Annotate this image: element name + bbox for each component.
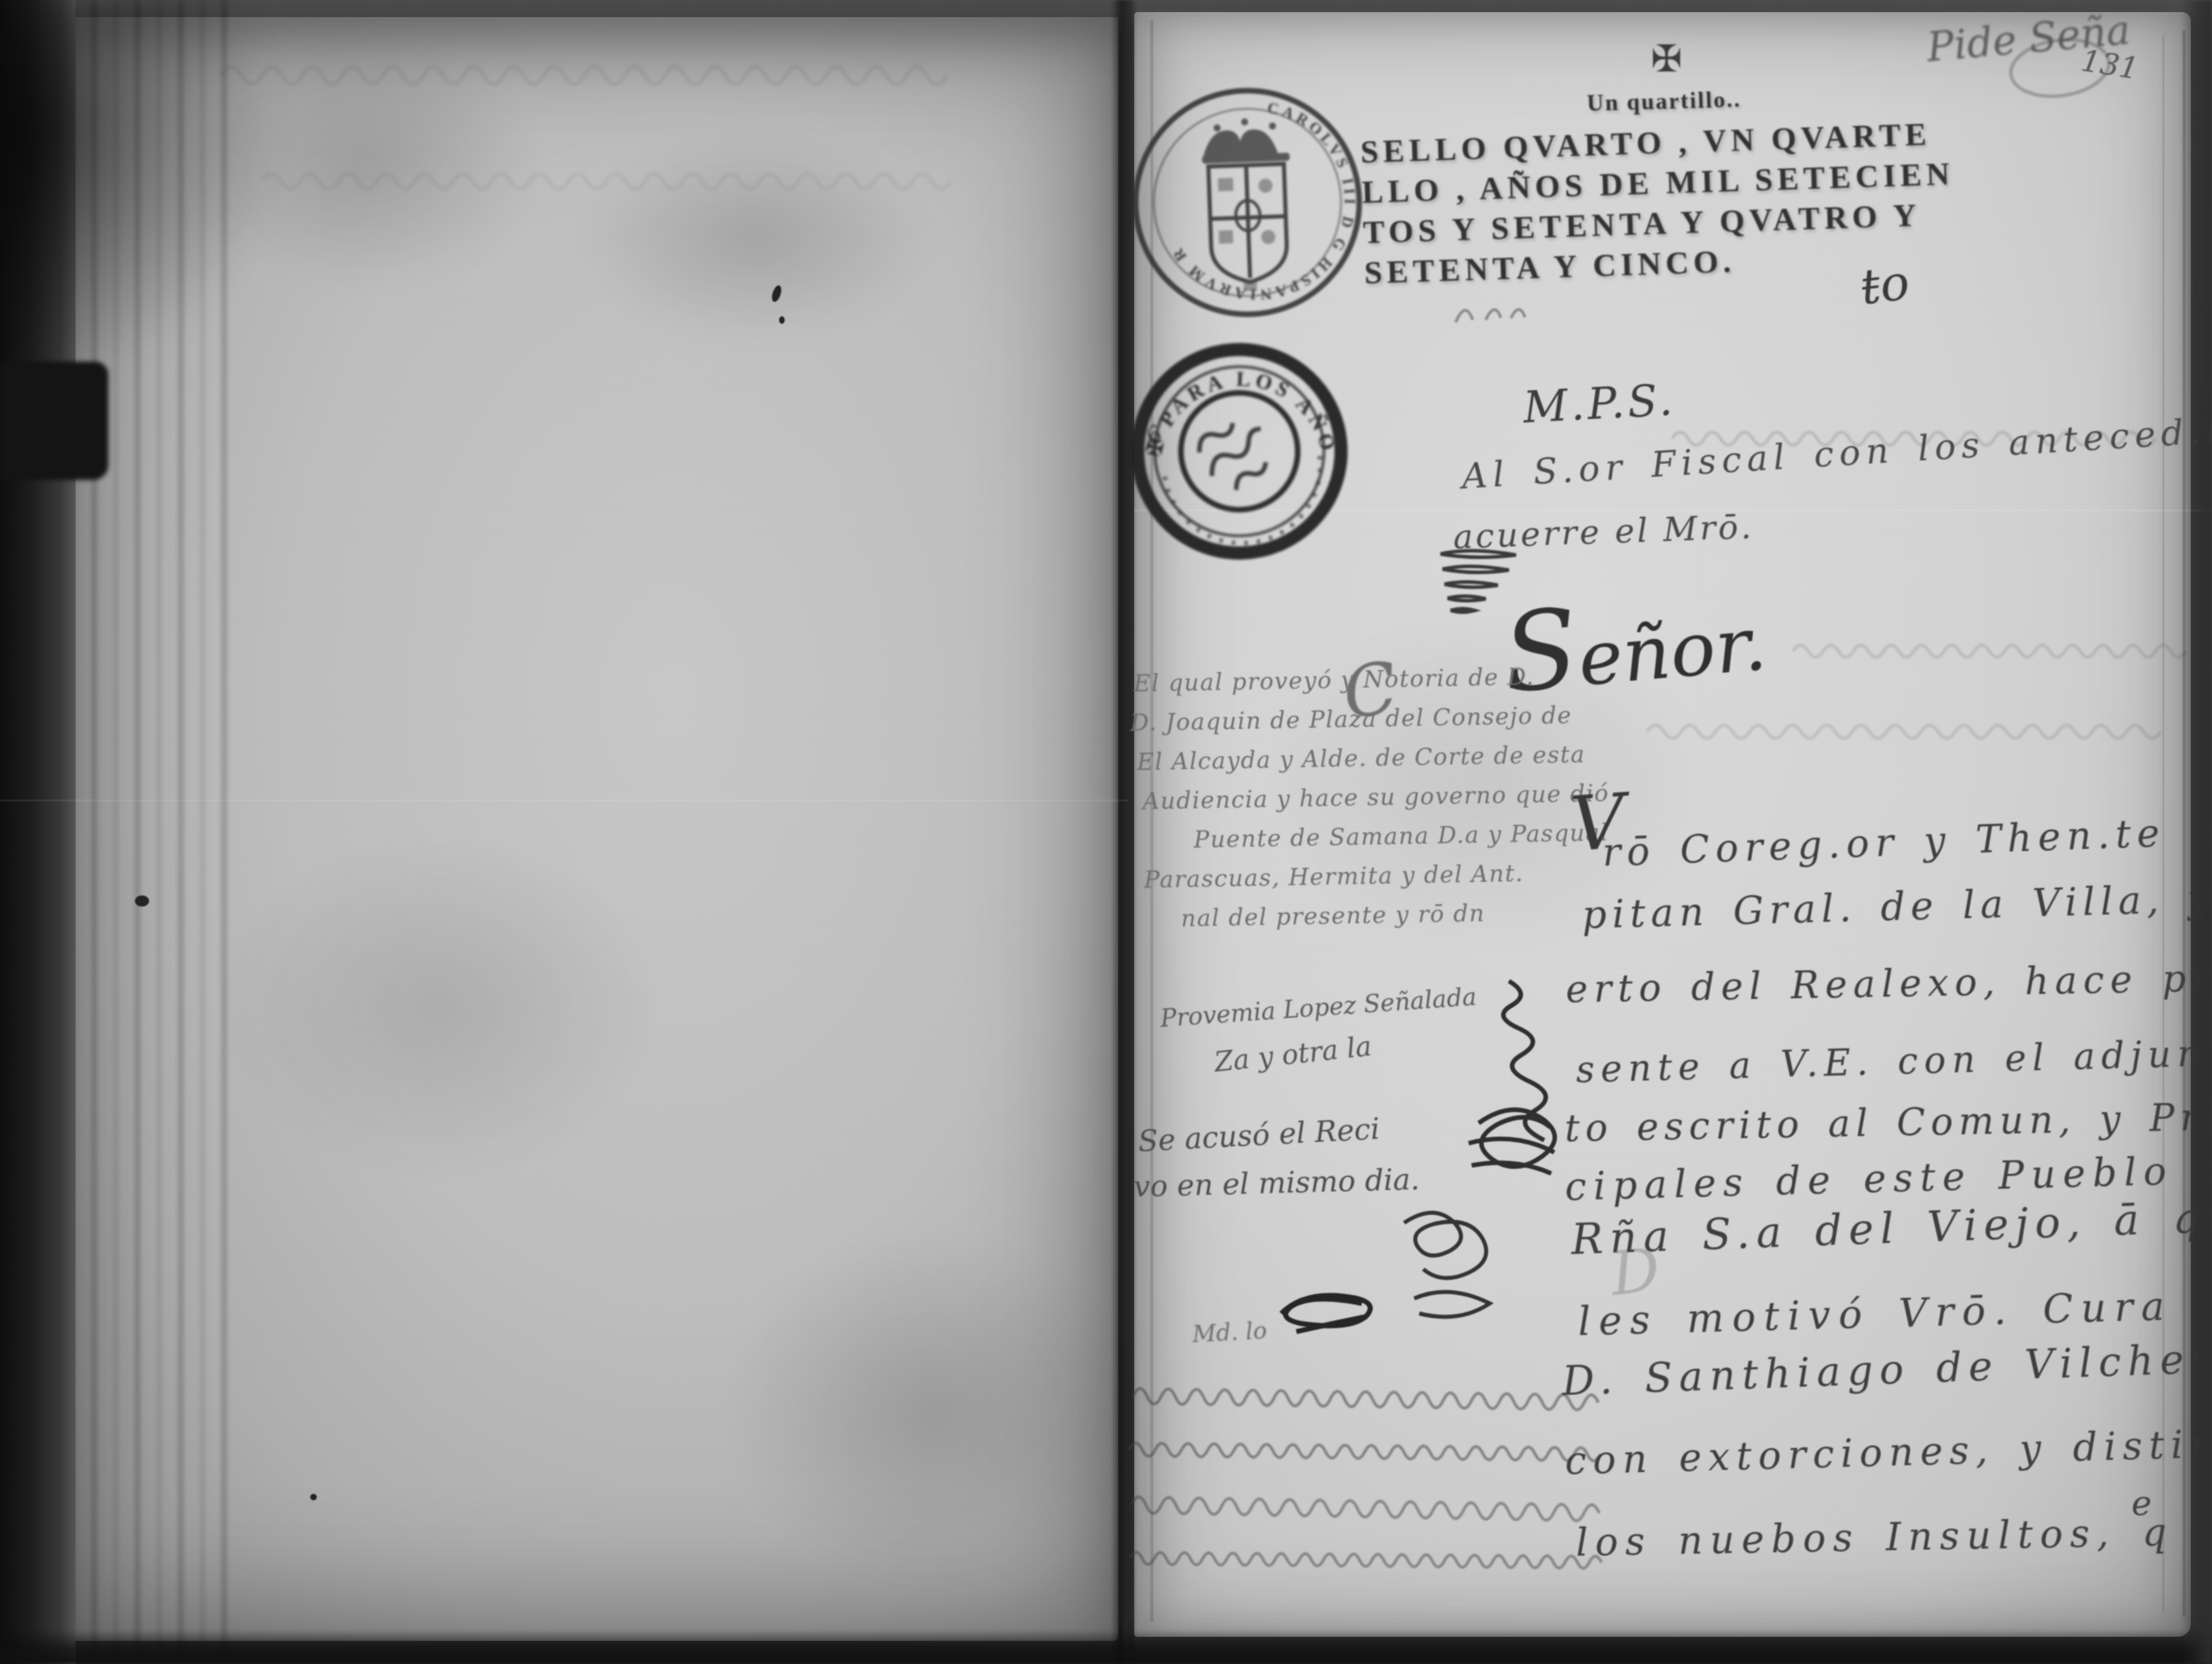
seal-after-mark: ŧo: [1857, 254, 1912, 316]
binding-tab: [0, 362, 108, 480]
royal-coat-of-arms-stamp-icon: CAROLVS III D G HISPANIARVM R: [1125, 77, 1370, 334]
cross-icon: ✠: [1651, 37, 1682, 81]
year-habilitation-stamp-icon: ✠ PARA LOS AÑOS 6: [1114, 324, 1365, 582]
ink-speck: [310, 1494, 317, 1500]
margin-line: nal del presente y rō dn: [1181, 891, 1612, 938]
margin-note: El qual proveyó y Notoria de D. D. Joaqu…: [1132, 656, 1612, 939]
stain: [579, 131, 932, 342]
ink-speck: [135, 895, 149, 907]
rubric-flourish-icon: [1448, 977, 1574, 1219]
salutation: M.P.S.: [1522, 375, 1677, 433]
quartillo-line: Un quartillo..: [1586, 86, 1742, 116]
bleedthrough-line: [1793, 639, 2196, 664]
scan-scratch: [0, 800, 1128, 801]
margin-line: Puente de Samana D.a y Pasqual: [1193, 813, 1610, 859]
bleedthrough-line: [262, 166, 967, 196]
stain: [212, 831, 665, 1184]
illegible-line: [1130, 1544, 1613, 1578]
photo-right-shadow: [2181, 0, 2212, 1664]
crown-icon: [1201, 117, 1290, 164]
stain: [730, 1234, 1133, 1586]
bleedthrough-line: [1647, 719, 2176, 744]
bleedthrough-line: [1672, 426, 2176, 451]
catchword: e: [2131, 1484, 2152, 1523]
illegible-line: [1129, 1434, 1623, 1470]
ink-speck: [779, 316, 785, 324]
photo-bottom-shadow: [0, 1630, 2212, 1664]
scanned-book-photo: ✠ Pide Seña 131 Un quartillo.. CAROLVS I…: [0, 0, 2212, 1664]
bleedthrough-line: [222, 60, 977, 91]
rubric-flourish-icon: [1266, 1283, 1377, 1339]
pen-mark-icon: [1450, 297, 1541, 332]
rubric-flourish-icon: [1394, 1203, 1515, 1339]
faint-note: Md. lo: [1192, 1316, 1268, 1348]
stamp-center-scribble: [1190, 406, 1282, 498]
